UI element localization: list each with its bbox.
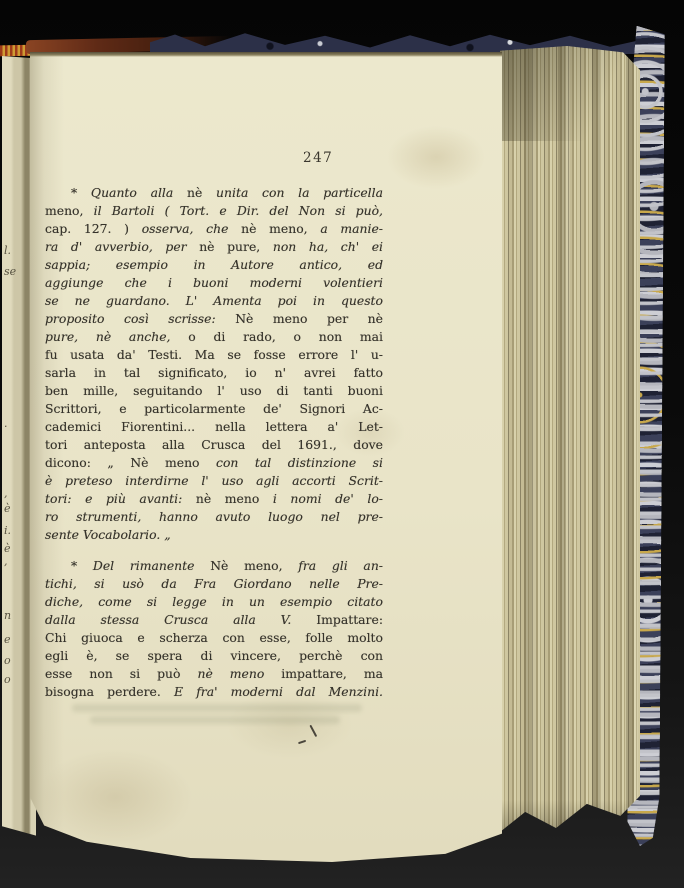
text-segment: sappia; esempio in Autore antico, ed: [45, 257, 383, 272]
text-segment: Chi giuoca e scherza con esse, folle mol…: [45, 630, 383, 645]
text-segment: o di rado, o non mai: [188, 329, 383, 344]
gutter-glyph: ,: [4, 556, 8, 567]
text-segment: unita con la particella: [216, 185, 383, 200]
text-line: fu usata da' Testi. Ma se fosse errore l…: [45, 346, 383, 364]
show-through-smudge: [72, 704, 362, 712]
text-segment: il Bartoli ( Tort. e Dir. del Non si può…: [94, 203, 383, 218]
text-segment: aggiunge che i buoni moderni volentieri: [45, 275, 383, 290]
text-segment: Quanto alla: [91, 185, 187, 200]
gutter-glyph: o: [4, 674, 11, 685]
text-segment: nè meno,: [241, 221, 320, 236]
text-line: cap. 127. ) osserva, che nè meno, a mani…: [45, 220, 383, 238]
text-line: è preteso interdirne l' uso agli accorti…: [45, 472, 383, 490]
text-line: proposito così scrisse: Nè meno per nè: [45, 310, 383, 328]
text-segment: Nè meno: [130, 455, 216, 470]
text-segment: Impattare:: [316, 612, 383, 627]
text-segment: ra d' avverbio, per: [45, 239, 199, 254]
text-segment: non ha, ch' ei: [273, 239, 383, 254]
text-line: tori anteposta alla Crusca del 1691., do…: [45, 436, 383, 454]
gutter-glyph: l.: [4, 245, 11, 256]
text-segment: è preteso interdirne l' uso agli accorti…: [45, 473, 383, 488]
text-line: ro strumenti, hanno avuto luogo nel pre-: [45, 508, 383, 526]
text-segment: fu usata da' Testi. Ma se fosse errore l…: [45, 347, 383, 362]
text-segment: tori: e più avanti:: [45, 491, 196, 506]
page-number: 247: [303, 150, 333, 166]
text-line: pure, nè anche, o di rado, o non mai: [45, 328, 383, 346]
text-segment: nè: [187, 185, 216, 200]
ink-mark: [298, 740, 306, 744]
text-segment: tichi, si usò da Fra Giordano nelle Pre-: [45, 576, 383, 591]
gutter-glyph: o: [4, 655, 11, 666]
text-line: sappia; esempio in Autore antico, ed: [45, 256, 383, 274]
text-segment: fra gli an-: [298, 558, 383, 573]
text-segment: i nomi de' lo-: [273, 491, 383, 506]
text-line: meno, il Bartoli ( Tort. e Dir. del Non …: [45, 202, 383, 220]
text-segment: ben mille, seguitando l' uso di tanti bu…: [45, 383, 383, 398]
text-segment: se ne guardano. L' Amenta poi in questo: [45, 293, 383, 308]
gutter-glyph: ,: [4, 488, 8, 499]
gutter-glyph: .: [4, 418, 8, 429]
text-line: bisogna perdere. E fra' moderni dal Menz…: [45, 683, 383, 701]
text-segment: cademici Fiorentini... nella lettera a' …: [45, 419, 383, 434]
text-line: dalla stessa Crusca alla V. Impattare:: [45, 611, 383, 629]
text-block: * Quanto alla nè unita con la particella…: [45, 184, 383, 701]
paragraph: * Quanto alla nè unita con la particella…: [45, 184, 383, 544]
text-segment: sarla in tal significato, io n' avrei fa…: [45, 365, 383, 380]
text-line: tichi, si usò da Fra Giordano nelle Pre-: [45, 575, 383, 593]
gutter-glyph: n: [4, 610, 11, 621]
text-segment: Nè meno per nè: [235, 311, 383, 326]
text-segment: Scrittori, e particolarmente de' Signori…: [45, 401, 383, 416]
text-segment: impattare, ma: [281, 666, 383, 681]
text-segment: meno,: [45, 203, 94, 218]
gutter-glyph: i.: [4, 525, 11, 536]
gutter-glyph: se: [4, 266, 16, 277]
text-segment: ro strumenti, hanno avuto luogo nel pre-: [45, 509, 383, 524]
text-segment: dicono: „: [45, 455, 130, 470]
ink-mark: [310, 725, 318, 737]
text-segment: sente Vocabolario. „: [45, 527, 171, 542]
text-segment: con tal distinzione si: [216, 455, 383, 470]
text-segment: dalla stessa Crusca alla V.: [45, 612, 316, 627]
text-line: sarla in tal significato, io n' avrei fa…: [45, 364, 383, 382]
text-line: * Quanto alla nè unita con la particella: [45, 184, 383, 202]
book-page: 247 * Quanto alla nè unita con la partic…: [30, 52, 502, 862]
text-segment: osserva, che: [142, 221, 241, 236]
text-line: sente Vocabolario. „: [45, 526, 383, 544]
text-line: se ne guardano. L' Amenta poi in questo: [45, 292, 383, 310]
text-line: ben mille, seguitando l' uso di tanti bu…: [45, 382, 383, 400]
text-segment: cap. 127. ): [45, 221, 142, 236]
fore-edge-page-stack: [500, 46, 640, 848]
text-line: cademici Fiorentini... nella lettera a' …: [45, 418, 383, 436]
text-segment: diche, come si legge in un esempio citat…: [45, 594, 383, 609]
text-segment: nè meno: [196, 491, 273, 506]
gutter-glyph: è: [4, 543, 11, 554]
text-segment: Del rimanente: [93, 558, 210, 573]
text-segment: bisogna perdere.: [45, 684, 174, 699]
text-segment: proposito così scrisse:: [45, 311, 235, 326]
text-segment: pure, nè anche,: [45, 329, 188, 344]
text-line: * Del rimanente Nè meno, fra gli an-: [45, 557, 383, 575]
text-line: diche, come si legge in un esempio citat…: [45, 593, 383, 611]
text-segment: nè pure,: [199, 239, 273, 254]
show-through-smudge: [90, 716, 340, 724]
text-segment: esse non si può: [45, 666, 197, 681]
text-segment: nè meno: [197, 666, 281, 681]
text-line: esse non si può nè meno impattare, ma: [45, 665, 383, 683]
photo-scene: l.se.,èi.è,neoo 247 * Quanto alla nè uni…: [0, 0, 684, 888]
text-segment: tori anteposta alla Crusca del 1691., do…: [45, 437, 383, 452]
text-segment: *: [71, 558, 93, 573]
text-line: ra d' avverbio, per nè pure, non ha, ch'…: [45, 238, 383, 256]
text-line: tori: e più avanti: nè meno i nomi de' l…: [45, 490, 383, 508]
gutter-glyph: è: [4, 503, 11, 514]
text-segment: egli è, se spera di vincere, perchè con: [45, 648, 383, 663]
text-line: dicono: „ Nè meno con tal distinzione si: [45, 454, 383, 472]
text-line: aggiunge che i buoni moderni volentieri: [45, 274, 383, 292]
text-line: Scrittori, e particolarmente de' Signori…: [45, 400, 383, 418]
text-line: Chi giuoca e scherza con esse, folle mol…: [45, 629, 383, 647]
text-segment: a manie-: [320, 221, 383, 236]
text-line: egli è, se spera di vincere, perchè con: [45, 647, 383, 665]
text-segment: *: [71, 185, 91, 200]
text-segment: E fra' moderni dal Menzini.: [174, 684, 383, 699]
paragraph: * Del rimanente Nè meno, fra gli an-tich…: [45, 557, 383, 701]
gutter-glyph: e: [4, 634, 11, 645]
text-segment: Nè meno,: [210, 558, 298, 573]
